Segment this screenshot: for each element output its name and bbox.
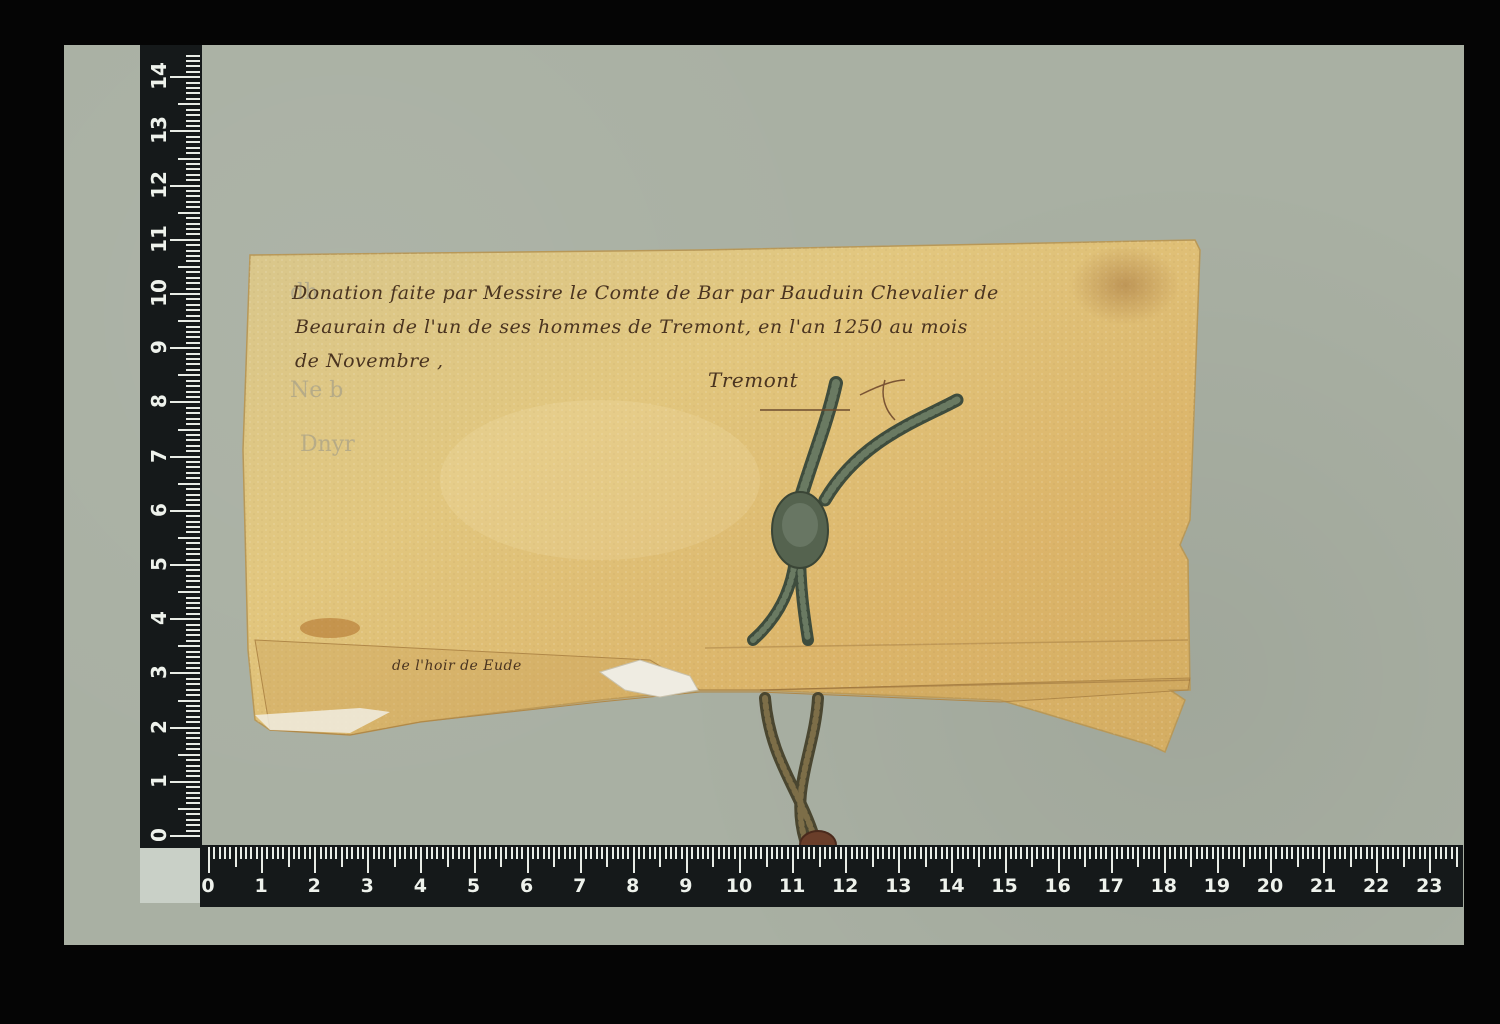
ruler-tick [447, 847, 449, 867]
ruler-tick [186, 114, 200, 116]
ruler-tick [186, 824, 200, 826]
ruler-tick [186, 434, 200, 436]
ruler-tick [186, 391, 200, 393]
ruler-tick [178, 374, 200, 376]
ruler-tick [1180, 847, 1182, 859]
ruler-tick [580, 847, 582, 873]
ruler-tick [1047, 847, 1049, 859]
ruler-tick [1063, 847, 1065, 859]
ruler-tick [186, 423, 200, 425]
ruler-tick [1026, 847, 1028, 859]
ruler-tick [760, 847, 762, 859]
ruler-tick [186, 602, 200, 604]
ruler-tick [282, 847, 284, 859]
ruler-tick [186, 163, 200, 165]
ruler-tick [463, 847, 465, 859]
ruler-tick [718, 847, 720, 859]
ruler-tick [186, 380, 200, 382]
ruler-tick [1036, 847, 1038, 859]
ruler-tick [1052, 847, 1054, 859]
ruler-tick [665, 847, 667, 859]
ruler-tick [420, 847, 422, 873]
ruler-tick [186, 109, 200, 111]
ruler-tick [1111, 847, 1113, 873]
ruler-tick [178, 645, 200, 647]
ruler-tick [170, 401, 200, 403]
ruler-label: 2 [299, 875, 329, 897]
ruler-tick [994, 847, 996, 859]
ruler-tick [1042, 847, 1044, 859]
ruler-tick [1366, 847, 1368, 859]
ruler-label: 3 [352, 875, 382, 897]
ruler-tick [1291, 847, 1293, 859]
ruler-tick [744, 847, 746, 859]
ruler-tick [186, 607, 200, 609]
ruler-tick [186, 298, 200, 300]
ruler-tick [170, 781, 200, 783]
ruler-tick [330, 847, 332, 859]
ruler-tick [872, 847, 874, 867]
ruler-tick [186, 515, 200, 517]
ruler-tick [1328, 847, 1330, 859]
ruler-tick [170, 510, 200, 512]
ruler-tick [170, 456, 200, 458]
ruler-tick [1456, 847, 1458, 867]
ruler-tick [1413, 847, 1415, 859]
ruler-tick [186, 683, 200, 685]
ruler-tick [186, 732, 200, 734]
ruler-tick [178, 591, 200, 593]
ruler-corner-patch [140, 848, 200, 903]
ruler-label: 7 [147, 441, 171, 471]
ruler-tick [877, 847, 879, 859]
signature: Tremont [708, 368, 798, 392]
ruler-label: 10 [147, 278, 171, 308]
ruler-tick [186, 586, 200, 588]
ruler-tick [543, 847, 545, 859]
ruler-tick [186, 656, 200, 658]
ruler-tick [750, 847, 752, 859]
ruler-tick [1254, 847, 1256, 859]
ruler-tick [590, 847, 592, 859]
ruler-label: 11 [147, 224, 171, 254]
ruler-label: 16 [1043, 875, 1073, 897]
ruler-tick [1360, 847, 1362, 859]
ruler-tick [1339, 847, 1341, 859]
ruler-tick [186, 575, 200, 577]
ruler-tick [186, 439, 200, 441]
ruler-tick [1259, 847, 1261, 859]
ruler-tick [186, 282, 200, 284]
ruler-tick [170, 564, 200, 566]
ruler-tick [946, 847, 948, 859]
ruler-label: 10 [724, 875, 754, 897]
ruler-tick [389, 847, 391, 859]
ruler-label: 13 [883, 875, 913, 897]
ruler-tick [186, 336, 200, 338]
ruler-tick [1265, 847, 1267, 859]
ruler-tick [186, 461, 200, 463]
ruler-tick [1084, 847, 1086, 867]
ruler-tick [346, 847, 348, 859]
ruler-tick [532, 847, 534, 859]
ruler-tick [178, 266, 200, 268]
ruler-label: 14 [936, 875, 966, 897]
ruler-tick [1312, 847, 1314, 859]
ruler-tick [962, 847, 964, 859]
ruler-tick [835, 847, 837, 859]
ruler-tick [1344, 847, 1346, 859]
ruler-tick [596, 847, 598, 859]
ruler-tick [1334, 847, 1336, 859]
ruler-tick [495, 847, 497, 859]
ruler-tick [1445, 847, 1447, 859]
ruler-label: 14 [147, 61, 171, 91]
ruler-tick [1074, 847, 1076, 859]
ruler-tick [186, 92, 200, 94]
ruler-tick [521, 847, 523, 859]
ruler-tick [186, 770, 200, 772]
ruler-tick [186, 309, 200, 311]
ruler-tick [989, 847, 991, 859]
ruler-label: 5 [459, 875, 489, 897]
ruler-label: 11 [777, 875, 807, 897]
ruler-tick [277, 847, 279, 859]
ruler-tick [574, 847, 576, 859]
ruler-tick [627, 847, 629, 859]
ruler-tick [186, 613, 200, 615]
ruler-tick [383, 847, 385, 859]
ruler-tick [1020, 847, 1022, 859]
ruler-tick [1419, 847, 1421, 859]
ruler-tick [1206, 847, 1208, 859]
ruler-tick [186, 710, 200, 712]
ruler-tick [178, 700, 200, 702]
ruler-tick [1281, 847, 1283, 859]
ruler-tick [178, 429, 200, 431]
ruler-tick [1392, 847, 1394, 859]
ruler-tick [178, 537, 200, 539]
ruler-tick [266, 847, 268, 859]
ruler-tick [941, 847, 943, 859]
ruler-tick [1116, 847, 1118, 859]
ruler-tick [186, 559, 200, 561]
ruler-tick [335, 847, 337, 859]
ruler-tick [170, 835, 200, 837]
ruler-tick [766, 847, 768, 867]
ruler-tick [186, 743, 200, 745]
ruler-tick [1169, 847, 1171, 859]
ruler-tick [1275, 847, 1277, 859]
ruler-tick [1127, 847, 1129, 859]
ruler-label: 23 [1414, 875, 1444, 897]
ruler-tick [186, 152, 200, 154]
ruler-tick [410, 847, 412, 859]
ruler-label: 2 [147, 712, 171, 742]
ruler-label: 6 [147, 495, 171, 525]
ruler-tick [186, 120, 200, 122]
ruler-tick [1249, 847, 1251, 859]
ruler-tick [178, 103, 200, 105]
ruler-tick [186, 244, 200, 246]
ruler-tick [186, 342, 200, 344]
ruler-label: 1 [246, 875, 276, 897]
ruler-tick [702, 847, 704, 859]
ruler-tick [186, 82, 200, 84]
ruler-tick [1132, 847, 1134, 859]
ruler-tick [186, 271, 200, 273]
ruler-tick [851, 847, 853, 859]
ruler-tick [1382, 847, 1384, 859]
ruler-tick [675, 847, 677, 859]
ruler-tick [367, 847, 369, 873]
ruler-tick [186, 472, 200, 474]
ruler-tick [1079, 847, 1081, 859]
ruler-tick [186, 531, 200, 533]
ruler-tick [186, 737, 200, 739]
ruler-tick [1121, 847, 1123, 859]
ruler-tick [1387, 847, 1389, 859]
ruler-tick [186, 553, 200, 555]
ruler-tick [235, 847, 237, 867]
ruler-tick [178, 754, 200, 756]
ruler-tick [186, 141, 200, 143]
ruler-tick [186, 168, 200, 170]
ruler-tick [1217, 847, 1219, 873]
faded-mark: Dnyr [300, 432, 355, 457]
ruler-tick [670, 847, 672, 859]
ruler-tick [787, 847, 789, 859]
ruler-tick [1143, 847, 1145, 859]
ruler-tick [186, 504, 200, 506]
ruler-tick [474, 847, 476, 873]
horizontal-ruler: 01234567891011121314151617181920212223 [200, 845, 1463, 907]
ruler-label: 12 [147, 170, 171, 200]
ruler-tick [898, 847, 900, 873]
ruler-tick [186, 597, 200, 599]
ruler-tick [564, 847, 566, 859]
ruler-tick [691, 847, 693, 859]
ruler-tick [935, 847, 937, 859]
ruler-tick [1350, 847, 1352, 867]
ruler-tick [186, 748, 200, 750]
ruler-tick [256, 847, 258, 859]
ruler-tick [1270, 847, 1272, 873]
ruler-tick [797, 847, 799, 859]
ruler-tick [1148, 847, 1150, 859]
ruler-tick [170, 672, 200, 674]
ruler-tick [643, 847, 645, 859]
ruler-tick [840, 847, 842, 859]
ruler-tick [186, 190, 200, 192]
ruler-label: 6 [512, 875, 542, 897]
document-line-1: Donation faite par Messire le Comte de B… [292, 282, 999, 304]
ruler-tick [1355, 847, 1357, 859]
ruler-tick [186, 358, 200, 360]
ruler-tick [431, 847, 433, 859]
ruler-label: 1 [147, 766, 171, 796]
ruler-tick [442, 847, 444, 859]
ruler-tick [186, 223, 200, 225]
ruler-tick [415, 847, 417, 859]
ruler-tick [170, 130, 200, 132]
ruler-tick [893, 847, 895, 859]
ruler-tick [224, 847, 226, 859]
ruler-tick [186, 689, 200, 691]
ruler-label: 4 [147, 603, 171, 633]
ruler-tick [920, 847, 922, 859]
ruler-tick [792, 847, 794, 873]
vertical-ruler: 01234567891011121314 [140, 45, 202, 848]
ruler-tick [983, 847, 985, 859]
ruler-tick [1212, 847, 1214, 859]
ruler-tick [186, 694, 200, 696]
ruler-tick [186, 206, 200, 208]
ruler-label: 5 [147, 549, 171, 579]
ruler-tick [351, 847, 353, 859]
ruler-tick [170, 347, 200, 349]
ruler-tick [186, 548, 200, 550]
ruler-tick [320, 847, 322, 859]
ruler-tick [622, 847, 624, 859]
ruler-tick [527, 847, 529, 873]
ruler-tick [781, 847, 783, 859]
ruler-tick [186, 542, 200, 544]
ruler-tick [186, 125, 200, 127]
ruler-tick [186, 775, 200, 777]
ruler-tick [186, 797, 200, 799]
ruler-tick [208, 847, 210, 873]
ruler-tick [1435, 847, 1437, 859]
ruler-tick [186, 499, 200, 501]
ruler-tick [373, 847, 375, 859]
ruler-tick [186, 412, 200, 414]
ruler-label: 9 [147, 332, 171, 362]
margin-note: de l'hoir de Eude [392, 658, 522, 674]
ruler-tick [293, 847, 295, 859]
ruler-tick [309, 847, 311, 859]
ruler-tick [633, 847, 635, 873]
ruler-tick [500, 847, 502, 867]
ruler-tick [186, 87, 200, 89]
ruler-tick [1174, 847, 1176, 859]
ruler-tick [170, 76, 200, 78]
ruler-label: 0 [147, 820, 171, 850]
ruler-tick [186, 477, 200, 479]
ruler-tick [697, 847, 699, 859]
ruler-tick [178, 212, 200, 214]
ruler-tick [178, 483, 200, 485]
ruler-tick [1164, 847, 1166, 873]
ruler-tick [186, 315, 200, 317]
ruler-tick [505, 847, 507, 859]
ruler-tick [186, 721, 200, 723]
ruler-tick [824, 847, 826, 859]
ruler-tick [399, 847, 401, 859]
ruler-tick [606, 847, 608, 867]
ruler-tick [186, 526, 200, 528]
ruler-label: 4 [405, 875, 435, 897]
ruler-tick [213, 847, 215, 859]
ruler-tick [1100, 847, 1102, 859]
ruler-tick [170, 727, 200, 729]
ruler-tick [537, 847, 539, 859]
ruler-tick [856, 847, 858, 859]
ruler-tick [186, 385, 200, 387]
ruler-tick [186, 55, 200, 57]
ruler-tick [776, 847, 778, 859]
ruler-tick [866, 847, 868, 859]
ruler-tick [186, 304, 200, 306]
ruler-tick [245, 847, 247, 859]
ruler-tick [186, 786, 200, 788]
ruler-tick [739, 847, 741, 873]
ruler-tick [186, 179, 200, 181]
ruler-tick [686, 847, 688, 873]
ruler-tick [1408, 847, 1410, 859]
ruler-tick [861, 847, 863, 859]
ruler-tick [186, 396, 200, 398]
ruler-tick [186, 445, 200, 447]
ruler-tick [612, 847, 614, 859]
ruler-tick [186, 65, 200, 67]
ruler-tick [272, 847, 274, 859]
ruler-label: 18 [1149, 875, 1179, 897]
ruler-label: 7 [565, 875, 595, 897]
document-line-2: Beaurain de l'un de ses hommes de Tremon… [295, 316, 968, 338]
ruler-tick [186, 569, 200, 571]
ruler-tick [484, 847, 486, 859]
ruler-tick [186, 629, 200, 631]
ruler-tick [925, 847, 927, 867]
ruler-tick [219, 847, 221, 859]
ruler-tick [186, 277, 200, 279]
ruler-tick [186, 136, 200, 138]
ruler-label: 17 [1096, 875, 1126, 897]
ruler-tick [1201, 847, 1203, 859]
ruler-tick [930, 847, 932, 859]
ruler-tick [973, 847, 975, 859]
ruler-label: 9 [671, 875, 701, 897]
ruler-tick [649, 847, 651, 859]
ruler-label: 19 [1202, 875, 1232, 897]
ruler-tick [452, 847, 454, 859]
ruler-tick [186, 662, 200, 664]
ruler-tick [829, 847, 831, 859]
ruler-tick [186, 819, 200, 821]
ruler-tick [186, 802, 200, 804]
ruler-tick [229, 847, 231, 859]
ruler-tick [1058, 847, 1060, 873]
ruler-tick [357, 847, 359, 859]
ruler-tick [951, 847, 953, 873]
ruler-tick [186, 353, 200, 355]
ruler-tick [845, 847, 847, 873]
ruler-tick [240, 847, 242, 859]
ruler-tick [186, 488, 200, 490]
ruler-tick [516, 847, 518, 859]
ruler-tick [1323, 847, 1325, 873]
ruler-tick [888, 847, 890, 859]
ruler-tick [1307, 847, 1309, 859]
ruler-tick [1005, 847, 1007, 873]
ruler-tick [967, 847, 969, 859]
ruler-tick [186, 407, 200, 409]
ruler-tick [548, 847, 550, 859]
ruler-tick [186, 624, 200, 626]
faded-mark: Ne b [290, 378, 343, 403]
ruler-tick [186, 233, 200, 235]
